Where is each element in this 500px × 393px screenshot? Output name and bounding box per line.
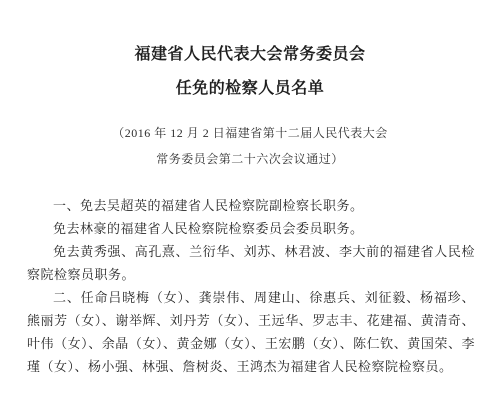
meeting-note-line-2: 常务委员会第二十六次会议通过） — [0, 146, 500, 172]
body-paragraph: 免去黄秀强、高孔熹、兰衍华、刘苏、林君波、李大前的福建省人民检察院检察员职务。 — [27, 240, 475, 286]
meeting-note-line-1: （2016 年 12 月 2 日福建省第十二届人民代表大会 — [0, 120, 500, 146]
body-paragraph: 免去林豪的福建省人民检察院检察委员会委员职务。 — [27, 217, 475, 240]
body-paragraph: 二、任命吕晓梅（女）、龚崇伟、周建山、徐惠兵、刘征毅、杨福珍、熊丽芳（女）、谢举… — [27, 286, 475, 378]
document-title: 福建省人民代表大会常务委员会 任免的检察人员名单 — [0, 38, 500, 106]
document-page: 福建省人民代表大会常务委员会 任免的检察人员名单 （2016 年 12 月 2 … — [0, 0, 500, 393]
document-title-line-2: 任免的检察人员名单 — [0, 72, 500, 106]
document-body: 一、免去吴超英的福建省人民检察院副检察长职务。免去林豪的福建省人民检察院检察委员… — [27, 194, 475, 378]
document-title-line-1: 福建省人民代表大会常务委员会 — [0, 38, 500, 72]
meeting-note: （2016 年 12 月 2 日福建省第十二届人民代表大会 常务委员会第二十六次… — [0, 120, 500, 172]
body-paragraph: 一、免去吴超英的福建省人民检察院副检察长职务。 — [27, 194, 475, 217]
